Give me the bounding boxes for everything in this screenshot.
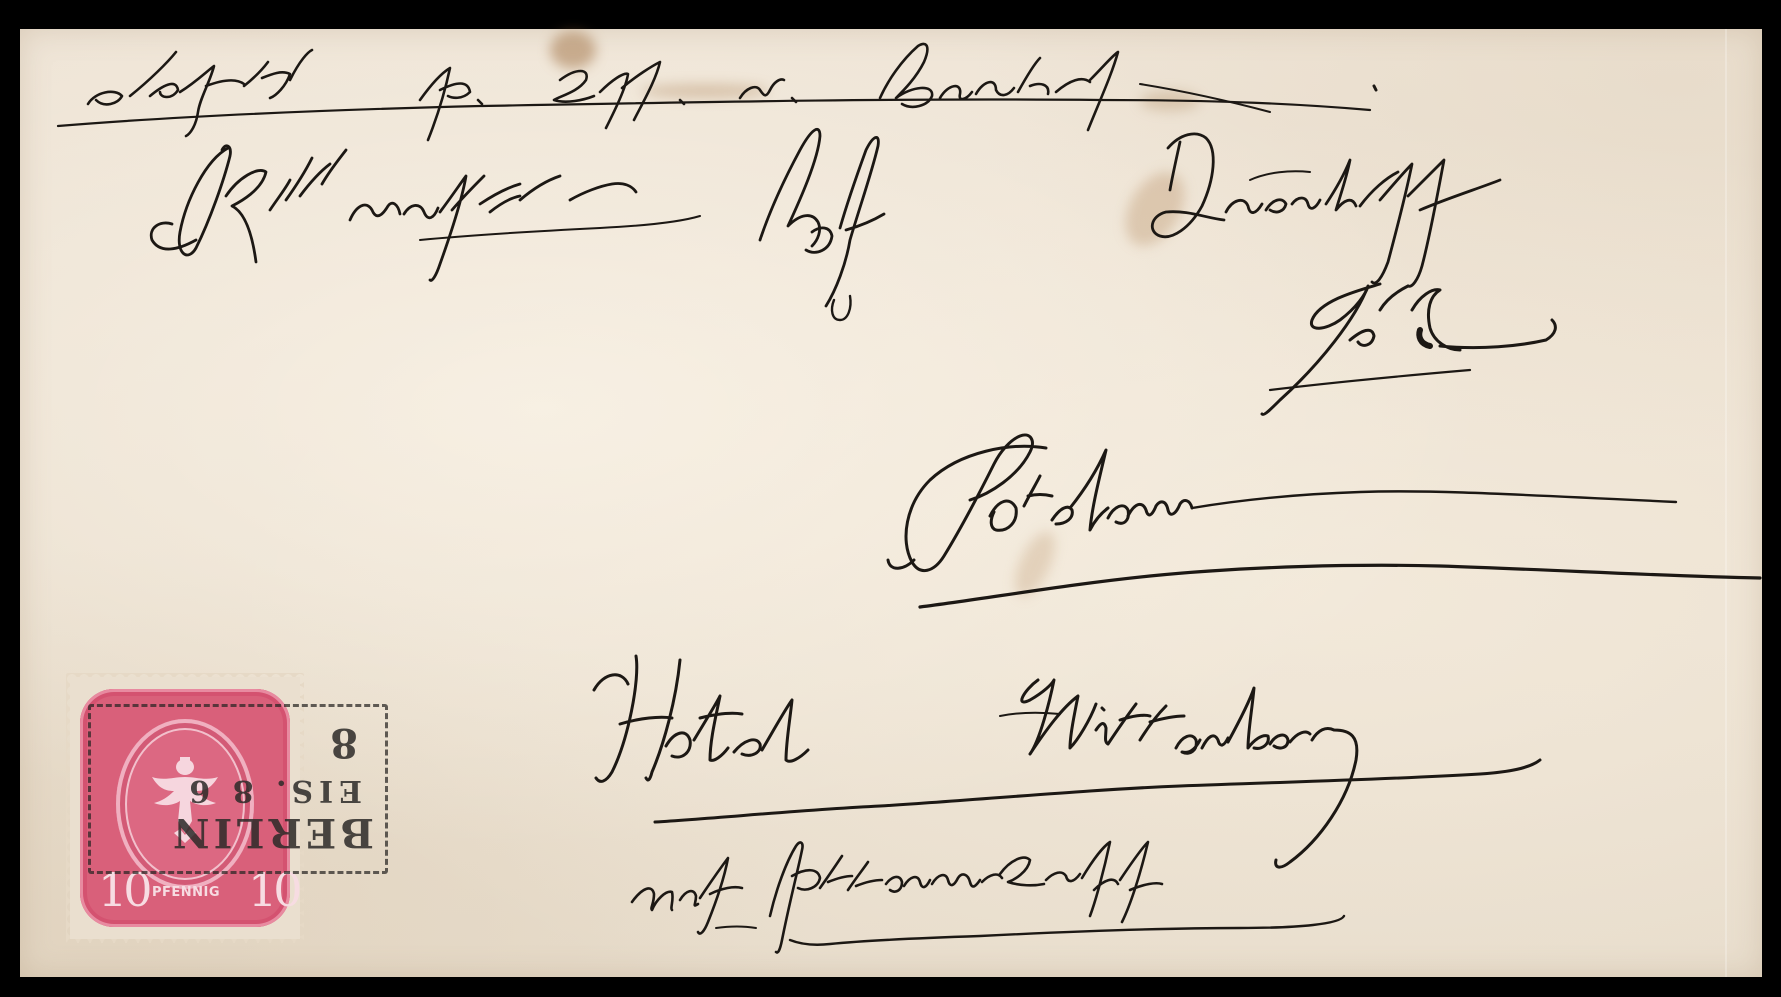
handwritten-city: Potsdam [900,440,1212,524]
postmark-time: 8 [316,719,358,766]
ink-stain [1113,162,1196,256]
ink-stain [1007,526,1064,602]
postmark-date: EIS. 8 6 [183,773,362,808]
handwritten-recipient-name: Rittmeister Graf Daenhoff [160,160,1004,234]
postmark-cancel: BERLIN EIS. 8 6 8 [88,704,388,874]
paper-crease [1725,29,1727,977]
stamp-currency-label: PFENNIG [152,885,220,900]
handwritten-regiment: G.d.C. [1290,290,1463,355]
handwritten-note-line: Sofort p. Expr. v. Bahnhof [90,55,661,106]
ink-stain [1140,91,1200,111]
postmark-city: BERLIN [169,809,374,856]
handwritten-hotel: Hotel Wittenberg [600,670,1165,744]
handwritten-directions: nach Potsdamer Bahnhof [620,860,1231,916]
